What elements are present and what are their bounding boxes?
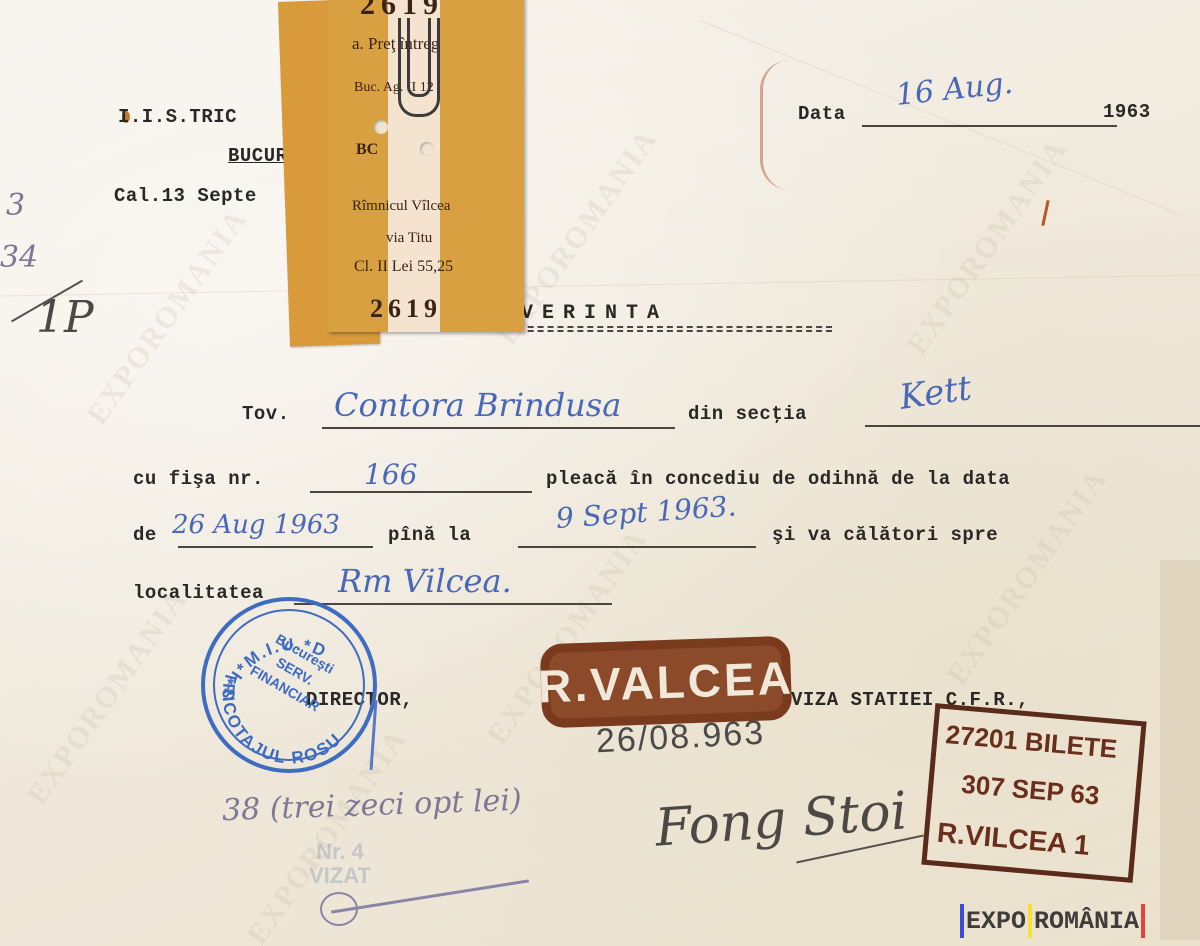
name-handwritten: Contora Brindusa bbox=[334, 386, 621, 424]
exporomania-logo: EXPO ROMÂNIA bbox=[958, 903, 1147, 939]
pencil-amount-note: 38 (trei zeci opt lei) bbox=[221, 783, 522, 828]
brand-part1: EXPO bbox=[966, 907, 1026, 936]
until-label: pînă la bbox=[388, 524, 471, 546]
paper-clip-icon bbox=[398, 18, 440, 117]
date-year: 1963 bbox=[1103, 101, 1151, 123]
ticket-punch-hole bbox=[420, 142, 434, 156]
travel-text: şi va călători spre bbox=[772, 524, 998, 546]
rust-mark bbox=[760, 60, 803, 190]
document-paper: EXPOROMANIA EXPOROMANIA EXPOROMANIA EXPO… bbox=[0, 0, 1200, 946]
brand-part2: ROMÂNIA bbox=[1034, 907, 1139, 936]
from-handwritten: 26 Aug 1963 bbox=[172, 510, 340, 540]
watermark: EXPOROMANIA bbox=[21, 583, 195, 812]
locality-handwritten: Rm Vilcea. bbox=[338, 562, 512, 600]
org-name: I.I.S.TRIC bbox=[118, 106, 237, 128]
fisa-handwritten: 166 bbox=[364, 458, 417, 491]
date-handwritten: 16 Aug. bbox=[894, 66, 1014, 113]
org-city: BUCUR bbox=[228, 145, 288, 167]
leave-text: pleacă în concediu de odihnă de la data bbox=[546, 468, 1010, 490]
margin-note: 1P bbox=[36, 292, 94, 343]
ticket-destination: Rîmnicul Vîlcea bbox=[352, 198, 450, 215]
watermark: EXPOROMANIA bbox=[81, 203, 255, 432]
flag-bar-blue bbox=[960, 904, 964, 938]
round-stamp-tricotajul-rosu: S*I*M.I.U.*D TRICOTAJUL ROSU Bucureşti S… bbox=[201, 597, 377, 773]
cfr-stamp-line: 27201 BILETE bbox=[944, 719, 1118, 765]
cfr-stamp-line: R.VILCEA 1 bbox=[936, 817, 1091, 862]
pencil-flourish bbox=[320, 892, 358, 926]
ticket-route: via Titu bbox=[386, 230, 432, 247]
cfr-stamp-line: 307 SEP 63 bbox=[960, 769, 1100, 812]
station-date: 26/08.963 bbox=[595, 714, 766, 762]
flag-bar-yellow bbox=[1028, 904, 1032, 938]
ticket-bottom-number: 2619 bbox=[370, 294, 442, 324]
date-label: Data bbox=[798, 103, 846, 125]
ticket-punch-hole bbox=[374, 120, 388, 134]
from-label: de bbox=[133, 524, 157, 546]
flag-bar-red bbox=[1141, 904, 1145, 938]
margin-note: 3 bbox=[6, 188, 25, 223]
name-rule bbox=[322, 427, 675, 429]
section-handwritten: Kett bbox=[897, 368, 974, 418]
fisa-rule bbox=[310, 491, 532, 493]
ticket-class-price: Cl. II Lei 55,25 bbox=[354, 258, 453, 276]
faded-vizat-stamp: Nr. 4 VIZAT bbox=[250, 840, 430, 888]
until-rule bbox=[518, 546, 756, 548]
rust-spot bbox=[1041, 200, 1049, 226]
ticket-code: BC bbox=[356, 141, 378, 159]
margin-note: 34 bbox=[0, 240, 38, 275]
tov-label: Tov. bbox=[242, 403, 290, 425]
faded-stamp-line: Nr. 4 bbox=[250, 840, 430, 864]
from-rule bbox=[178, 546, 373, 548]
fisa-label: cu fişa nr. bbox=[133, 468, 264, 490]
date-rule bbox=[862, 125, 1117, 127]
watermark: EXPOROMANIA bbox=[901, 133, 1075, 362]
until-handwritten: 9 Sept 1963. bbox=[555, 489, 738, 535]
faded-stamp-line: VIZAT bbox=[250, 864, 430, 888]
section-label: din secţia bbox=[688, 403, 807, 425]
org-address: Cal.13 Septe bbox=[114, 185, 257, 207]
paper-edge-shadow bbox=[1160, 560, 1200, 940]
section-rule bbox=[865, 425, 1200, 427]
watermark: EXPOROMANIA bbox=[941, 463, 1115, 692]
cfr-ticket-stamp: 27201 BILETE 307 SEP 63 R.VILCEA 1 bbox=[921, 703, 1146, 883]
